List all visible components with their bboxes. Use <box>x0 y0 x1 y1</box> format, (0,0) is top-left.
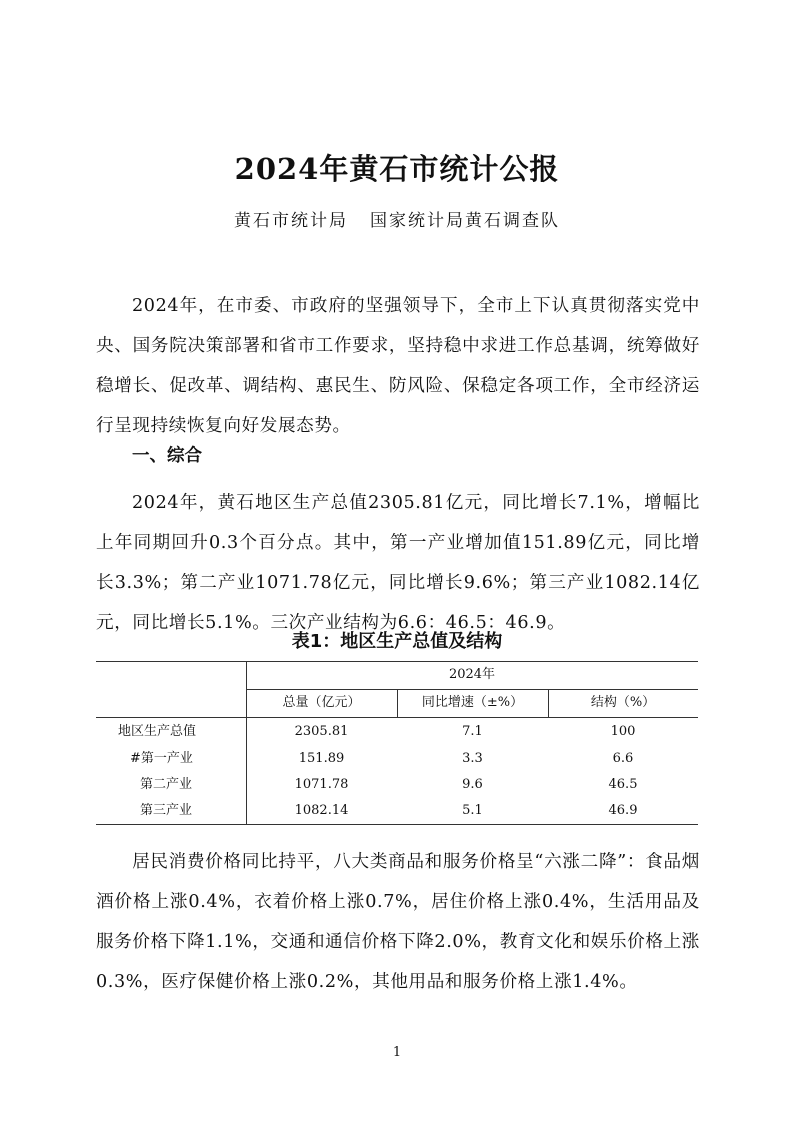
row-structure: 46.5 <box>548 777 698 793</box>
document-authors: 黄石市统计局国家统计局黄石调查队 <box>0 206 794 231</box>
row-structure: 6.6 <box>548 751 698 767</box>
table-header-rule <box>96 717 698 718</box>
gdp-text: 2024年，黄石地区生产总值2305.81亿元，同比增长7.1%，增幅比上年同期… <box>96 493 700 633</box>
page-number: 1 <box>0 1045 794 1060</box>
row-growth: 3.3 <box>397 751 548 767</box>
row-label: 第三产业 <box>96 803 246 819</box>
table-bottom-rule <box>96 824 698 825</box>
row-growth: 7.1 <box>397 724 548 740</box>
cpi-text: 居民消费价格同比持平，八大类商品和服务价格呈“六涨二降”：食品烟酒价格上涨0.4… <box>96 852 700 992</box>
author-bureau: 黄石市统计局 <box>234 211 348 231</box>
row-growth: 5.1 <box>397 803 548 819</box>
row-total: 1071.78 <box>246 777 397 793</box>
row-growth: 9.6 <box>397 777 548 793</box>
table-col-total: 总量（亿元） <box>246 695 397 711</box>
table-year-header: 2024年 <box>246 667 698 683</box>
row-structure: 46.9 <box>548 803 698 819</box>
row-label: 第二产业 <box>96 777 246 793</box>
intro-paragraph: 2024年，在市委、市政府的坚强领导下，全市上下认真贯彻落实党中央、国务院决策部… <box>96 286 700 446</box>
gdp-paragraph: 2024年，黄石地区生产总值2305.81亿元，同比增长7.1%，增幅比上年同期… <box>96 483 700 643</box>
table-col-structure: 结构（%） <box>548 695 698 711</box>
document-title: 2024年黄石市统计公报 <box>0 147 794 188</box>
row-total: 151.89 <box>246 751 397 767</box>
row-label: #第一产业 <box>96 751 246 767</box>
table-title: 表1：地区生产总值及结构 <box>0 627 794 653</box>
section-heading-overview: 一、综合 <box>132 441 202 471</box>
table-col-growth: 同比增速（±%） <box>397 695 548 711</box>
table-stub-divider <box>246 661 247 825</box>
row-structure: 100 <box>548 724 698 740</box>
row-label: 地区生产总值 <box>96 724 246 740</box>
intro-text: 2024年，在市委、市政府的坚强领导下，全市上下认真贯彻落实党中央、国务院决策部… <box>96 296 700 436</box>
row-total: 1082.14 <box>246 803 397 819</box>
cpi-paragraph: 居民消费价格同比持平，八大类商品和服务价格呈“六涨二降”：食品烟酒价格上涨0.4… <box>96 842 700 1002</box>
row-total: 2305.81 <box>246 724 397 740</box>
author-survey-team: 国家统计局黄石调查队 <box>370 211 560 231</box>
table-top-rule <box>96 661 698 662</box>
table-year-rule <box>246 689 698 690</box>
